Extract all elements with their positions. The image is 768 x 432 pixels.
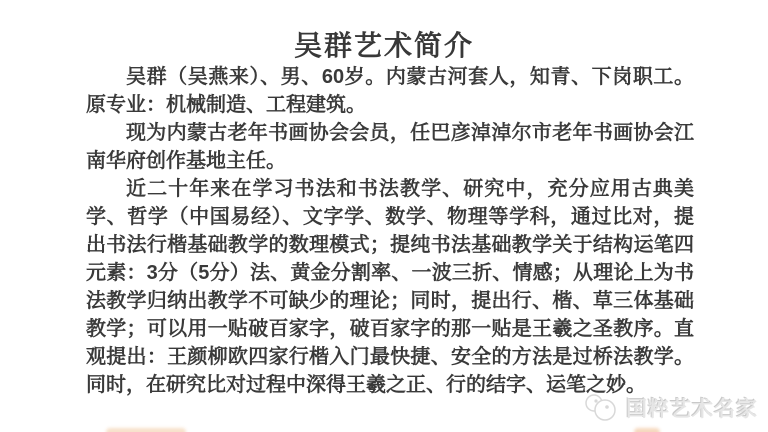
article-body: 吴群（吴燕来）、男、60岁。内蒙古河套人，知青、下岗职工。原专业：机械制造、工程…	[86, 63, 694, 399]
cutoff-fragment-left	[106, 428, 186, 432]
page-title: 吴群艺术简介	[0, 24, 768, 64]
article-page: 吴群艺术简介 吴群（吴燕来）、男、60岁。内蒙古河套人，知青、下岗职工。原专业：…	[0, 0, 768, 432]
watermark-label: 国粹艺术名家	[626, 393, 758, 423]
paragraph-research: 近二十年来在学习书法和书法教学、研究中，充分应用古典美学、哲学（中国易经）、文字…	[86, 175, 694, 399]
watermark: 国粹艺术名家	[582, 393, 758, 423]
paragraph-bio: 吴群（吴燕来）、男、60岁。内蒙古河套人，知青、下岗职工。原专业：机械制造、工程…	[86, 63, 694, 119]
overlapping-circles-logo-icon	[582, 393, 620, 423]
paragraph-membership: 现为内蒙古老年书画协会会员，任巴彦淖淖尔市老年书画协会江南华府创作基地主任。	[86, 119, 694, 175]
cutoff-fragment-right	[634, 428, 660, 432]
